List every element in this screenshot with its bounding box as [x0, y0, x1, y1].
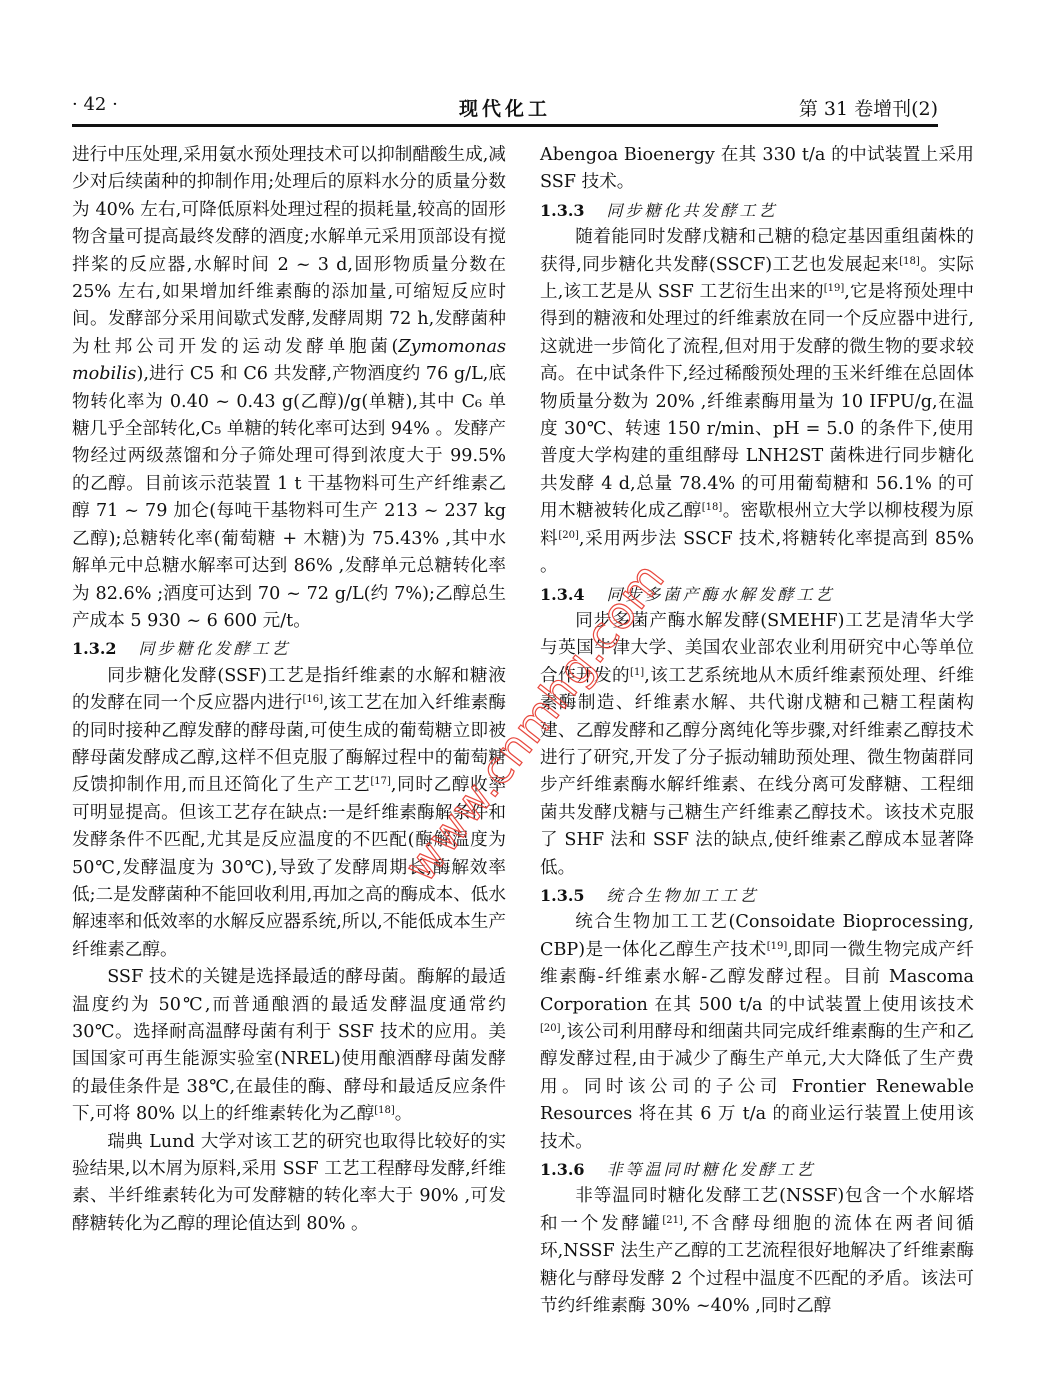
citation: [18] [702, 502, 723, 513]
section-number: 1.3.6 [540, 1160, 585, 1179]
section-title: 同步多菌产酶水解发酵工艺 [607, 585, 835, 604]
paragraph: Abengoa Bioenergy 在其 330 t/a 的中试装置上采用 SS… [540, 142, 974, 197]
left-column: 进行中压处理,采用氨水预处理技术可以抑制醋酸生成,减少对后续菌种的抑制作用;处理… [72, 142, 506, 1238]
page-header: · 42 · 现代化工 第 31 卷增刊(2) [72, 94, 938, 122]
paragraph: SSF 技术的关键是选择最适的酵母菌。酶解的最适温度约为 50℃,而普通酿酒的最… [72, 964, 506, 1128]
section-number: 1.3.3 [540, 201, 585, 220]
text: ,该工艺系统地从木质纤维素预处理、纤维素酶制造、纤维素水解、共代谢戊糖和己糖工程… [540, 666, 974, 878]
paragraph: 同步多菌产酶水解发酵(SMEHF)工艺是清华大学与英国牛津大学、美国农业部农业利… [540, 608, 974, 882]
text: ),进行 C5 和 C6 共发酵,产物酒度约 76 g/L,底物转化率为 0.4… [72, 364, 506, 631]
citation: [20] [540, 1023, 561, 1034]
paragraph: 进行中压处理,采用氨水预处理技术可以抑制醋酸生成,减少对后续菌种的抑制作用;处理… [72, 142, 506, 635]
section-heading-1-3-6: 1.3.6非等温同时糖化发酵工艺 [540, 1156, 974, 1183]
section-number: 1.3.5 [540, 886, 585, 905]
section-heading-1-3-4: 1.3.4同步多菌产酶水解发酵工艺 [540, 581, 974, 608]
citation: [18] [374, 1105, 395, 1116]
text: 随着能同时发酵戊糖和己糖的稳定基因重组菌株的获得,同步糖化共发酵(SSCF)工艺… [540, 227, 974, 274]
section-heading-1-3-2: 1.3.2同步糖化发酵工艺 [72, 635, 506, 662]
text: ,它是将预处理中得到的糖液和处理过的纤维素放在同一个反应器中进行,这就进一步简化… [540, 282, 974, 521]
section-heading-1-3-5: 1.3.5统合生物加工工艺 [540, 882, 974, 909]
section-title: 非等温同时糖化发酵工艺 [607, 1160, 816, 1179]
text: ,该公司利用酵母和细菌共同完成纤维素酶的生产和乙醇发酵过程,由于减少了酶生产单元… [540, 1022, 974, 1152]
section-number: 1.3.4 [540, 585, 585, 604]
text: 进行中压处理,采用氨水预处理技术可以抑制醋酸生成,减少对后续菌种的抑制作用;处理… [72, 145, 506, 357]
section-heading-1-3-3: 1.3.3同步糖化共发酵工艺 [540, 197, 974, 224]
citation: [20] [558, 530, 579, 541]
text: 。 [395, 1104, 413, 1124]
text: ,同时乙醇收率可明显提高。但该工艺存在缺点:一是纤维素酶解条件和发酵条件不匹配,… [72, 775, 506, 959]
citation: [19] [824, 283, 845, 294]
citation: [21] [662, 1215, 683, 1226]
text: SSF 技术的关键是选择最适的酵母菌。酶解的最适温度约为 50℃,而普通酿酒的最… [72, 967, 506, 1124]
section-title: 同步糖化发酵工艺 [139, 639, 291, 658]
citation: [18] [899, 256, 920, 267]
section-title: 同步糖化共发酵工艺 [607, 201, 778, 220]
right-column: Abengoa Bioenergy 在其 330 t/a 的中试装置上采用 SS… [540, 142, 974, 1320]
paragraph: 随着能同时发酵戊糖和己糖的稳定基因重组菌株的获得,同步糖化共发酵(SSCF)工艺… [540, 224, 974, 580]
text: ,采用两步法 SSCF 技术,将糖转化率提高到 85% 。 [540, 529, 974, 576]
paragraph: 瑞典 Lund 大学对该工艺的研究也取得比较好的实验结果,以木屑为原料,采用 S… [72, 1129, 506, 1239]
paragraph: 统合生物加工工艺(Consoidate Bioprocessing, CBP)是… [540, 909, 974, 1156]
citation: [19] [767, 941, 788, 952]
citation: [17] [370, 776, 391, 787]
citation: [1] [630, 667, 644, 678]
citation: [16] [303, 694, 324, 705]
paragraph: 非等温同时糖化发酵工艺(NSSF)包含一个水解塔和一个发酵罐[21],不含酵母细… [540, 1183, 974, 1320]
header-rule [72, 124, 938, 127]
section-number: 1.3.2 [72, 639, 117, 658]
issue-label: 第 31 卷增刊(2) [799, 94, 938, 121]
paragraph: 同步糖化发酵(SSF)工艺是指纤维素的水解和糖液的发酵在同一个反应器内进行[16… [72, 663, 506, 964]
section-title: 统合生物加工工艺 [607, 886, 759, 905]
